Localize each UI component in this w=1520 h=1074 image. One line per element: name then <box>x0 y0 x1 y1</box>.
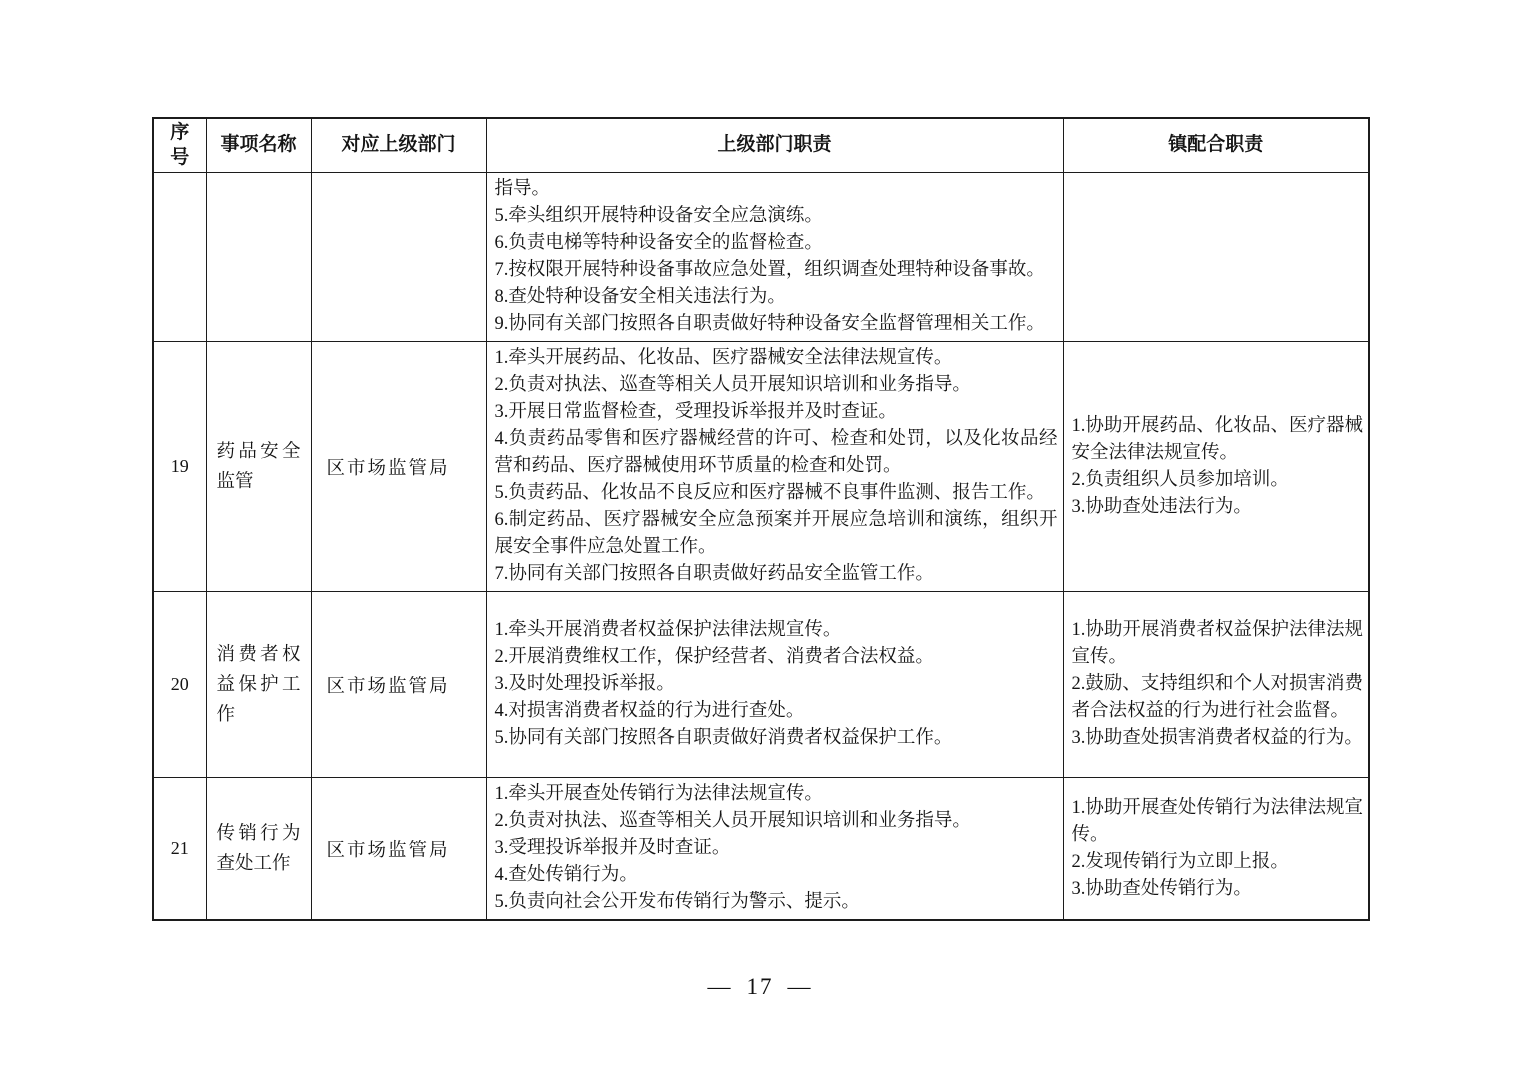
town-duties-cell: 1.协助开展消费者权益保护法律法规宣传。2.鼓励、支持组织和个人对损害消费者合法… <box>1063 592 1369 778</box>
page-number-dash-right: — <box>774 974 827 999</box>
superior-duties-cell: 1.牵头开展药品、化妆品、医疗器械安全法律法规宣传。2.负责对执法、巡查等相关人… <box>486 342 1063 592</box>
department-cell: 区市场监管局 <box>311 592 486 778</box>
superior-duty-item: 4.对损害消费者权益的行为进行查处。 <box>495 698 1058 725</box>
page-number-dash-left: — <box>694 974 747 999</box>
superior-duty-item: 3.及时处理投诉举报。 <box>495 671 1058 698</box>
town-duties-cell: 1.协助开展药品、化妆品、医疗器械安全法律法规宣传。2.负责组织人员参加培训。3… <box>1063 342 1369 592</box>
document-page: 序号事项名称对应上级部门上级部门职责镇配合职责 指导。5.牵头组织开展特种设备安… <box>0 0 1520 1074</box>
duties-table: 序号事项名称对应上级部门上级部门职责镇配合职责 指导。5.牵头组织开展特种设备安… <box>152 117 1370 921</box>
superior-duty-item: 5.负责药品、化妆品不良反应和医疗器械不良事件监测、报告工作。 <box>495 480 1058 507</box>
page-number-value: 17 <box>747 974 774 999</box>
column-header-town-duties: 镇配合职责 <box>1063 118 1369 173</box>
town-duties-cell <box>1063 173 1369 342</box>
column-header-superior-duties: 上级部门职责 <box>486 118 1063 173</box>
town-duty-item: 3.协助查处传销行为。 <box>1072 876 1364 903</box>
superior-duty-item: 5.负责向社会公开发布传销行为警示、提示。 <box>495 889 1058 916</box>
town-duty-item: 2.负责组织人员参加培训。 <box>1072 467 1364 494</box>
superior-duty-item: 9.协同有关部门按照各自职责做好特种设备安全监督管理相关工作。 <box>495 311 1058 338</box>
table-row: 20消费者权益保护工作区市场监管局1.牵头开展消费者权益保护法律法规宣传。2.开… <box>153 592 1369 778</box>
page-number: —17— <box>0 974 1520 1000</box>
town-duty-item: 2.鼓励、支持组织和个人对损害消费者合法权益的行为进行社会监督。 <box>1072 671 1364 725</box>
column-header-seq: 序号 <box>153 118 206 173</box>
town-duties-cell: 1.协助开展查处传销行为法律法规宣传。2.发现传销行为立即上报。3.协助查处传销… <box>1063 778 1369 921</box>
town-duty-item: 1.协助开展药品、化妆品、医疗器械安全法律法规宣传。 <box>1072 413 1364 467</box>
column-header-item-name: 事项名称 <box>206 118 311 173</box>
superior-duty-item: 6.制定药品、医疗器械安全应急预案并开展应急培训和演练，组织开展安全事件应急处置… <box>495 507 1058 561</box>
superior-duty-item: 指导。 <box>495 176 1058 203</box>
superior-duties-cell: 1.牵头开展消费者权益保护法律法规宣传。2.开展消费维权工作，保护经营者、消费者… <box>486 592 1063 778</box>
department-cell: 区市场监管局 <box>311 778 486 921</box>
superior-duty-item: 4.查处传销行为。 <box>495 862 1058 889</box>
column-header-superior-department: 对应上级部门 <box>311 118 486 173</box>
item-name-cell <box>206 173 311 342</box>
superior-duty-item: 3.受理投诉举报并及时查证。 <box>495 835 1058 862</box>
department-cell <box>311 173 486 342</box>
superior-duty-item: 1.牵头开展消费者权益保护法律法规宣传。 <box>495 617 1058 644</box>
town-duty-item: 1.协助开展消费者权益保护法律法规宣传。 <box>1072 617 1364 671</box>
seq-cell: 19 <box>153 342 206 592</box>
table-row: 指导。5.牵头组织开展特种设备安全应急演练。6.负责电梯等特种设备安全的监督检查… <box>153 173 1369 342</box>
seq-cell: 21 <box>153 778 206 921</box>
superior-duty-item: 2.负责对执法、巡查等相关人员开展知识培训和业务指导。 <box>495 808 1058 835</box>
superior-duty-item: 5.牵头组织开展特种设备安全应急演练。 <box>495 203 1058 230</box>
town-duty-item: 1.协助开展查处传销行为法律法规宣传。 <box>1072 795 1364 849</box>
superior-duty-item: 4.负责药品零售和医疗器械经营的许可、检查和处罚，以及化妆品经营和药品、医疗器械… <box>495 426 1058 480</box>
superior-duty-item: 7.按权限开展特种设备事故应急处置，组织调查处理特种设备事故。 <box>495 257 1058 284</box>
town-duty-item: 2.发现传销行为立即上报。 <box>1072 849 1364 876</box>
table-header-row: 序号事项名称对应上级部门上级部门职责镇配合职责 <box>153 118 1369 173</box>
table-row: 21传销行为查处工作区市场监管局1.牵头开展查处传销行为法律法规宣传。2.负责对… <box>153 778 1369 921</box>
superior-duty-item: 3.开展日常监督检查，受理投诉举报并及时查证。 <box>495 399 1058 426</box>
superior-duties-cell: 1.牵头开展查处传销行为法律法规宣传。2.负责对执法、巡查等相关人员开展知识培训… <box>486 778 1063 921</box>
seq-cell <box>153 173 206 342</box>
superior-duty-item: 2.开展消费维权工作，保护经营者、消费者合法权益。 <box>495 644 1058 671</box>
superior-duties-cell: 指导。5.牵头组织开展特种设备安全应急演练。6.负责电梯等特种设备安全的监督检查… <box>486 173 1063 342</box>
seq-cell: 20 <box>153 592 206 778</box>
superior-duty-item: 8.查处特种设备安全相关违法行为。 <box>495 284 1058 311</box>
table-row: 19药品安全监管区市场监管局1.牵头开展药品、化妆品、医疗器械安全法律法规宣传。… <box>153 342 1369 592</box>
department-cell: 区市场监管局 <box>311 342 486 592</box>
superior-duty-item: 5.协同有关部门按照各自职责做好消费者权益保护工作。 <box>495 725 1058 752</box>
superior-duty-item: 2.负责对执法、巡查等相关人员开展知识培训和业务指导。 <box>495 372 1058 399</box>
superior-duty-item: 6.负责电梯等特种设备安全的监督检查。 <box>495 230 1058 257</box>
superior-duty-item: 7.协同有关部门按照各自职责做好药品安全监管工作。 <box>495 561 1058 588</box>
item-name-cell: 传销行为查处工作 <box>206 778 311 921</box>
superior-duty-item: 1.牵头开展药品、化妆品、医疗器械安全法律法规宣传。 <box>495 345 1058 372</box>
town-duty-item: 3.协助查处违法行为。 <box>1072 494 1364 521</box>
superior-duty-item: 1.牵头开展查处传销行为法律法规宣传。 <box>495 781 1058 808</box>
item-name-cell: 药品安全监管 <box>206 342 311 592</box>
town-duty-item: 3.协助查处损害消费者权益的行为。 <box>1072 725 1364 752</box>
item-name-cell: 消费者权益保护工作 <box>206 592 311 778</box>
